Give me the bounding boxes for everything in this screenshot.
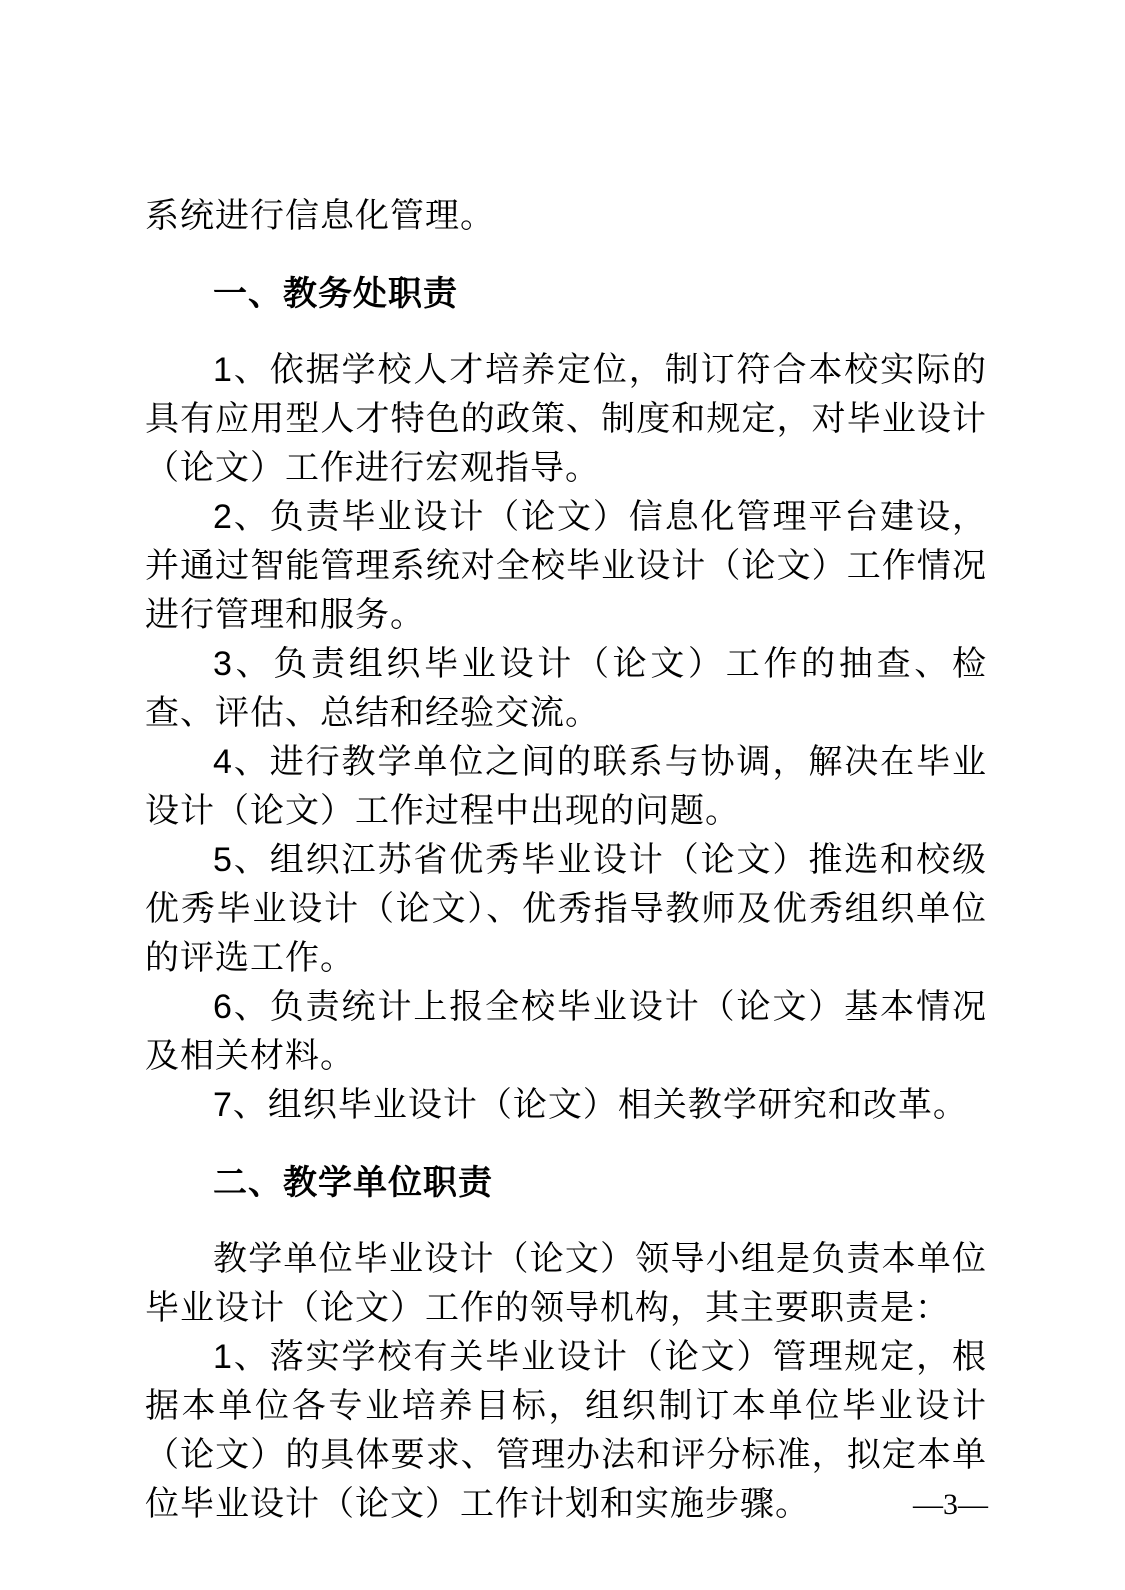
section-heading-1: 一、教务处职责 [145,270,987,319]
document-content: 系统进行信息化管理。 一、教务处职责 1、依据学校人才培养定位，制订符合本校实际… [145,192,987,1529]
section1-item-2: 2、负责毕业设计（论文）信息化管理平台建设，并通过智能管理系统对全校毕业设计（论… [145,493,987,640]
section2-intro: 教学单位毕业设计（论文）领导小组是负责本单位毕业设计（论文）工作的领导机构，其主… [145,1235,987,1333]
document-page: 系统进行信息化管理。 一、教务处职责 1、依据学校人才培养定位，制订符合本校实际… [0,0,1125,1590]
section1-item-4: 4、进行教学单位之间的联系与协调，解决在毕业设计（论文）工作过程中出现的问题。 [145,738,987,836]
section1-item-6: 6、负责统计上报全校毕业设计（论文）基本情况及相关材料。 [145,983,987,1081]
section-heading-2: 二、教学单位职责 [145,1159,987,1208]
section1-item-1: 1、依据学校人才培养定位，制订符合本校实际的具有应用型人才特色的政策、制度和规定… [145,346,987,493]
section1-item-7: 7、组织毕业设计（论文）相关教学研究和改革。 [145,1081,987,1130]
section2-item-1: 1、落实学校有关毕业设计（论文）管理规定，根据本单位各专业培养目标，组织制订本单… [145,1333,987,1529]
paragraph-continuation: 系统进行信息化管理。 [145,192,987,241]
page-number: —3— [913,1488,988,1522]
section1-item-5: 5、组织江苏省优秀毕业设计（论文）推选和校级优秀毕业设计（论文）、优秀指导教师及… [145,836,987,983]
section1-item-3: 3、负责组织毕业设计（论文）工作的抽查、检查、评估、总结和经验交流。 [145,640,987,738]
